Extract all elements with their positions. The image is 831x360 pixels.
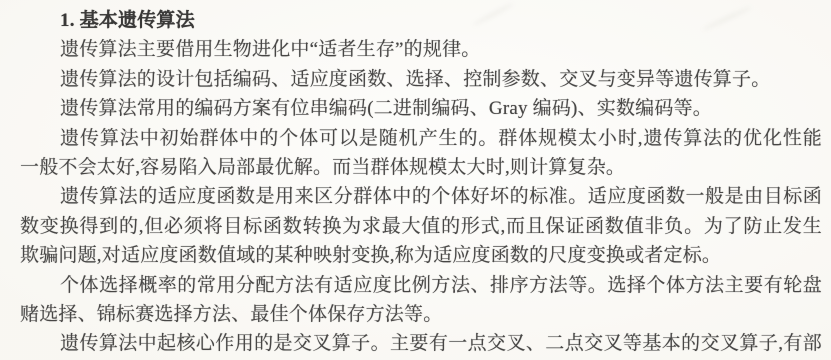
paragraph-line: 数变换得到的,但必须将目标函数转换为求最大值的形式,而且保证函数值非负。为了防止… xyxy=(20,212,822,241)
section-heading: 1. 基本遗传算法 xyxy=(20,6,822,35)
paragraph-line: 个体选择概率的常用分配方法有适应度比例方法、排序方法等。选择个体方法主要有轮盘 xyxy=(20,271,822,300)
paragraph-line: 欺骗问题,对适应度函数值域的某种映射变换,称为适应度函数的尺度变换或者定标。 xyxy=(20,241,822,270)
paragraph-line: 遗传算法中初始群体中的个体可以是随机产生的。群体规模太小时,遗传算法的优化性能 xyxy=(20,124,822,153)
document-page: 1. 基本遗传算法 遗传算法主要借用生物进化中“适者生存”的规律。 遗传算法的设… xyxy=(0,0,831,360)
paragraph-line: 遗传算法的设计包括编码、适应度函数、选择、控制参数、交叉与变异等遗传算子。 xyxy=(20,65,822,94)
paragraph-line: 遗传算法中起核心作用的是交叉算子。主要有一点交叉、二点交叉等基本的交叉算子,有部 xyxy=(20,329,822,358)
paragraph-line: 遗传算法的适应度函数是用来区分群体中的个体好坏的标准。适应度函数一般是由目标函 xyxy=(20,182,822,211)
paragraph-line: 遗传算法常用的编码方案有位串编码(二进制编码、Gray 编码)、实数编码等。 xyxy=(20,94,822,123)
paragraph-line: 遗传算法主要借用生物进化中“适者生存”的规律。 xyxy=(20,35,822,64)
paragraph-line: 赌选择、锦标赛选择方法、最佳个体保存方法等。 xyxy=(20,300,822,329)
paragraph-line: 一般不会太好,容易陷入局部最优解。而当群体规模太大时,则计算复杂。 xyxy=(20,153,822,182)
